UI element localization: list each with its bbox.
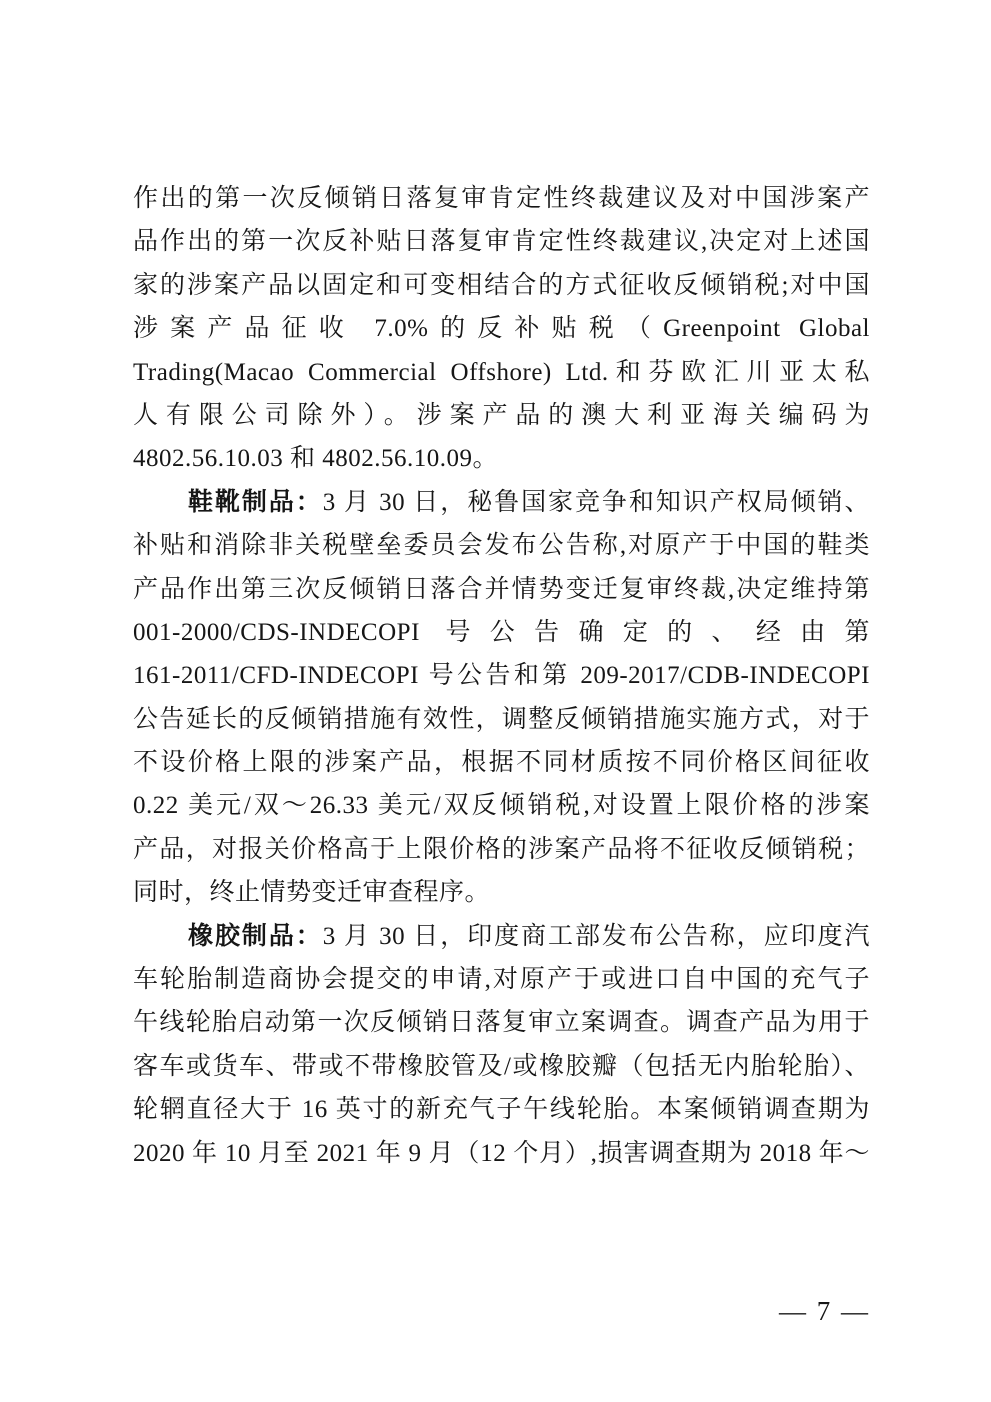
- paragraph-rubber-products: 橡胶制品：3 月 30 日，印度商工部发布公告称，应印度汽 车轮胎制造商协会提交…: [133, 915, 870, 1175]
- text-line: 午线轮胎启动第一次反倾销日落复审立案调查。调查产品为用于: [133, 1001, 870, 1044]
- page-number: — 7 —: [779, 1296, 870, 1326]
- text-line: 轮辋直径大于 16 英寸的新充气子午线轮胎。本案倾销调查期为: [133, 1088, 870, 1131]
- text-line: 001-2000/CDS-INDECOPI 号公告确定的、经由第: [133, 611, 870, 654]
- heading-line-text: 3 月 30 日，印度商工部发布公告称，应印度汽: [323, 923, 870, 950]
- document-body: 作出的第一次反倾销日落复审肯定性终裁建议及对中国涉案产 品作出的第一次反补贴日落…: [133, 177, 870, 1175]
- heading-line-text: 3 月 30 日，秘鲁国家竞争和知识产权局倾销、: [323, 489, 870, 516]
- text-line: Trading(Macao Commercial Offshore) Ltd.和…: [133, 351, 870, 394]
- text-line: 品作出的第一次反补贴日落复审肯定性终裁建议,决定对上述国: [133, 220, 870, 263]
- text-line: 橡胶制品：3 月 30 日，印度商工部发布公告称，应印度汽: [133, 915, 870, 958]
- text-line: 鞋靴制品：3 月 30 日，秘鲁国家竞争和知识产权局倾销、: [133, 481, 870, 524]
- text-line: 4802.56.10.03 和 4802.56.10.09。: [133, 437, 870, 480]
- text-line: 作出的第一次反倾销日落复审肯定性终裁建议及对中国涉案产: [133, 177, 870, 220]
- text-line: 车轮胎制造商协会提交的申请,对原产于或进口自中国的充气子: [133, 958, 870, 1001]
- text-line: 产品作出第三次反倾销日落合并情势变迁复审终裁,决定维持第: [133, 568, 870, 611]
- text-line: 人有限公司除外）。涉案产品的澳大利亚海关编码为: [133, 394, 870, 437]
- section-heading-rubber: 橡胶制品：: [188, 923, 323, 950]
- text-line: 161-2011/CFD-INDECOPI 号公告和第 209-2017/CDB…: [133, 654, 870, 697]
- paragraph-footwear-products: 鞋靴制品：3 月 30 日，秘鲁国家竞争和知识产权局倾销、 补贴和消除非关税壁垒…: [133, 481, 870, 915]
- text-line: 涉案产品征收 7.0%的反补贴税（Greenpoint Global: [133, 307, 870, 350]
- text-line: 产品，对报关价格高于上限价格的涉案产品将不征收反倾销税；: [133, 828, 870, 871]
- paragraph-australia-duties: 作出的第一次反倾销日落复审肯定性终裁建议及对中国涉案产 品作出的第一次反补贴日落…: [133, 177, 870, 481]
- text-line: 补贴和消除非关税壁垒委员会发布公告称,对原产于中国的鞋类: [133, 524, 870, 567]
- text-line: 0.22 美元/双～26.33 美元/双反倾销税,对设置上限价格的涉案: [133, 784, 870, 827]
- section-heading-footwear: 鞋靴制品：: [188, 489, 323, 516]
- document-page: 作出的第一次反倾销日落复审肯定性终裁建议及对中国涉案产 品作出的第一次反补贴日落…: [0, 0, 991, 1402]
- text-line: 同时，终止情势变迁审查程序。: [133, 871, 870, 914]
- text-line: 家的涉案产品以固定和可变相结合的方式征收反倾销税;对中国: [133, 264, 870, 307]
- text-line: 2020 年 10 月至 2021 年 9 月（12 个月）,损害调查期为 20…: [133, 1132, 870, 1175]
- text-line: 客车或货车、带或不带橡胶管及/或橡胶瓣（包括无内胎轮胎）、: [133, 1045, 870, 1088]
- text-line: 不设价格上限的涉案产品，根据不同材质按不同价格区间征收: [133, 741, 870, 784]
- text-line: 公告延长的反倾销措施有效性，调整反倾销措施实施方式，对于: [133, 698, 870, 741]
